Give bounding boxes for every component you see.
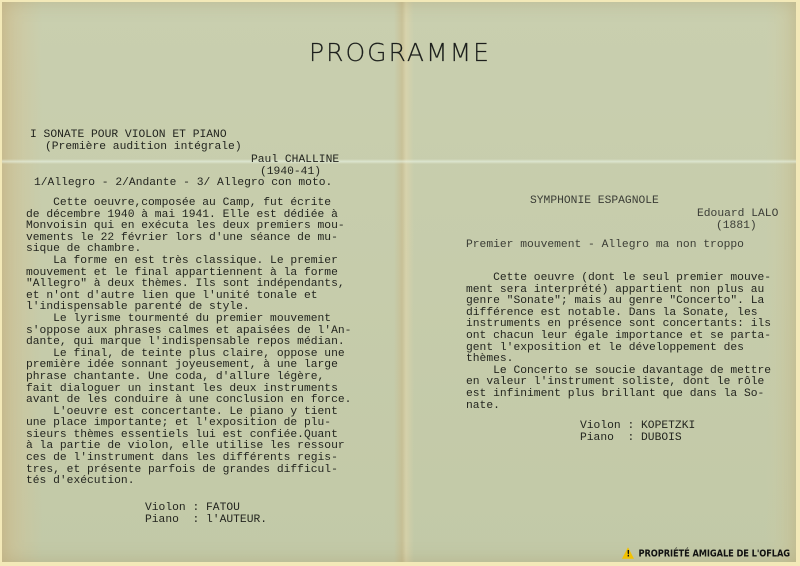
body-line: ont chacun leur égale importance et se p…	[466, 331, 771, 343]
right-performers: Violon : KOPETZKI Piano : DUBOIS	[580, 421, 695, 444]
left-performers: Violon : FATOU Piano : l'AUTEUR.	[145, 503, 267, 526]
left-movements: 1/Allegro - 2/Andante - 3/ Allegro con m…	[34, 178, 332, 190]
left-body-text: Cette oeuvre,composée au Camp, fut écrit…	[26, 198, 351, 488]
right-composer: Edouard LALO	[697, 209, 778, 221]
watermark-text: PROPRIÉTÉ AMIGALE DE L'OFLAG	[638, 547, 790, 559]
paper-fold-crease	[2, 159, 796, 164]
body-line: dante, qui marque l'indispensable repos …	[26, 337, 351, 349]
body-line: Le lyrisme tourmenté du premier mouvemen…	[26, 314, 351, 326]
performer-name: KOPETZKI	[641, 420, 695, 432]
left-heading: I SONATE POUR VIOLON ET PIANO	[30, 130, 227, 142]
performer-role: Violon	[145, 502, 186, 514]
performer-sep: :	[627, 432, 634, 444]
performer-sep: :	[192, 514, 199, 526]
page-title: PROGRAMME	[0, 38, 800, 67]
body-line: Cette oeuvre (dont le seul premier mouve…	[466, 273, 771, 285]
body-line: La forme en est très classique. Le premi…	[26, 256, 351, 268]
right-composer-dates: (1881)	[716, 221, 757, 233]
body-line: nate.	[466, 401, 771, 413]
body-line: est infiniment plus brillant que dans la…	[466, 389, 771, 401]
right-movement: Premier mouvement - Allegro ma non tropp…	[466, 240, 744, 252]
right-body-text: Cette oeuvre (dont le seul premier mouve…	[466, 273, 771, 412]
performer-role: Piano	[580, 432, 621, 444]
ownership-watermark: PROPRIÉTÉ AMIGALE DE L'OFLAG	[622, 547, 790, 559]
warning-triangle-icon	[622, 547, 634, 559]
left-composer: Paul CHALLINE	[251, 155, 339, 167]
body-line: Cette oeuvre,composée au Camp, fut écrit…	[26, 198, 351, 210]
body-line: ces de l'instrument dans les différents …	[26, 453, 351, 465]
performer-role: Piano	[145, 514, 186, 526]
body-line: phrase chantante. Une coda, d'allure lég…	[26, 372, 351, 384]
performer-piano: Piano : l'AUTEUR.	[145, 515, 267, 527]
body-line: tés d'exécution.	[26, 476, 351, 488]
performer-role: Violon	[580, 420, 621, 432]
performer-name: l'AUTEUR.	[206, 514, 267, 526]
performer-name: DUBOIS	[641, 432, 682, 444]
performer-sep: :	[627, 420, 634, 432]
right-heading: SYMPHONIE ESPAGNOLE	[530, 196, 659, 208]
left-subheading: (Première audition intégrale)	[45, 142, 242, 154]
performer-name: FATOU	[206, 502, 240, 514]
body-line: avant de les conduire à une conclusion e…	[26, 395, 351, 407]
performer-piano: Piano : DUBOIS	[580, 433, 695, 445]
body-line: "Allegro" à deux thèmes. Ils sont indépe…	[26, 279, 351, 291]
body-line: thèmes.	[466, 354, 771, 366]
performer-sep: :	[192, 502, 199, 514]
